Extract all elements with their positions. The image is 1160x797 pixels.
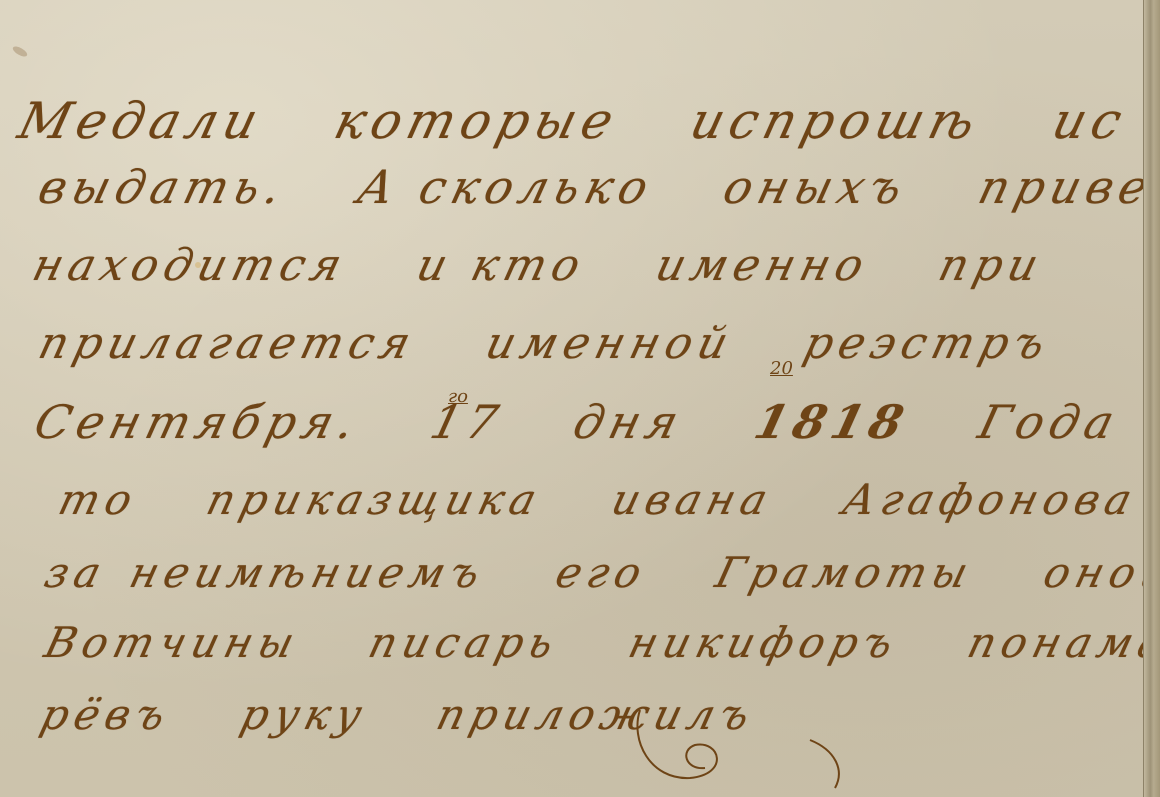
word: испрошѣ: [685, 92, 987, 150]
word: находится: [28, 240, 353, 291]
word: А сколько: [352, 160, 659, 214]
word: и кто: [412, 240, 592, 291]
year: 1818: [749, 395, 914, 449]
word: никифоръ: [624, 618, 904, 667]
text-line-5: Сентября. 17 дня 1818 Года Въ: [36, 395, 1160, 449]
word: ивана: [607, 475, 778, 524]
text-line-8: Вотчины писарь никифоръ понама: [46, 618, 1160, 667]
page-edge: [1143, 0, 1160, 797]
word: прилагается: [34, 318, 422, 369]
ink-spot: [11, 44, 28, 58]
text-line-1: Медали которые испрошѣ ис: [20, 92, 1160, 150]
word: при: [934, 240, 1050, 291]
word: его: [550, 548, 652, 597]
text-line-3: находится и кто именно при: [34, 240, 1095, 291]
word: писарь: [364, 618, 565, 667]
word: то: [54, 475, 143, 524]
word: Вотчины: [40, 618, 305, 667]
word: реэстръ: [798, 318, 1055, 369]
flourish-icon: [620, 700, 860, 790]
word: Агафонова: [838, 475, 1143, 524]
text-line-6: то приказщика ивана Агафонова: [60, 475, 1160, 524]
word: неимѣниемъ: [125, 548, 491, 597]
word: оной: [1038, 548, 1160, 597]
word: Грамоты: [711, 548, 979, 597]
manuscript-page: Медали которые испрошѣ ис выдать. А скол…: [0, 0, 1160, 797]
text-line-4: прилагается именной реэстръ: [40, 318, 1101, 369]
word: привезти: [973, 160, 1160, 214]
word: дня: [568, 395, 689, 449]
month: Сентября.: [29, 395, 366, 449]
word: руку: [235, 690, 372, 739]
word: понама: [963, 618, 1160, 667]
word: ис: [1047, 92, 1134, 150]
superscript-20: 20: [770, 358, 793, 379]
word: которые: [329, 92, 625, 150]
word: именной: [481, 318, 739, 369]
word: именно: [651, 240, 875, 291]
word: Медали: [13, 92, 270, 150]
superscript-day-suffix: го: [448, 386, 468, 407]
text-line-2: выдать. А сколько оныхъ привезти: [40, 160, 1160, 214]
word: приказщика: [202, 475, 547, 524]
word: оныхъ: [719, 160, 915, 214]
word: Года: [974, 395, 1126, 449]
word: рёвъ: [36, 690, 176, 739]
word: за: [40, 548, 112, 597]
word: выдать.: [33, 160, 293, 214]
text-line-7: за неимѣниемъ его Грамоты оной: [46, 548, 1160, 597]
